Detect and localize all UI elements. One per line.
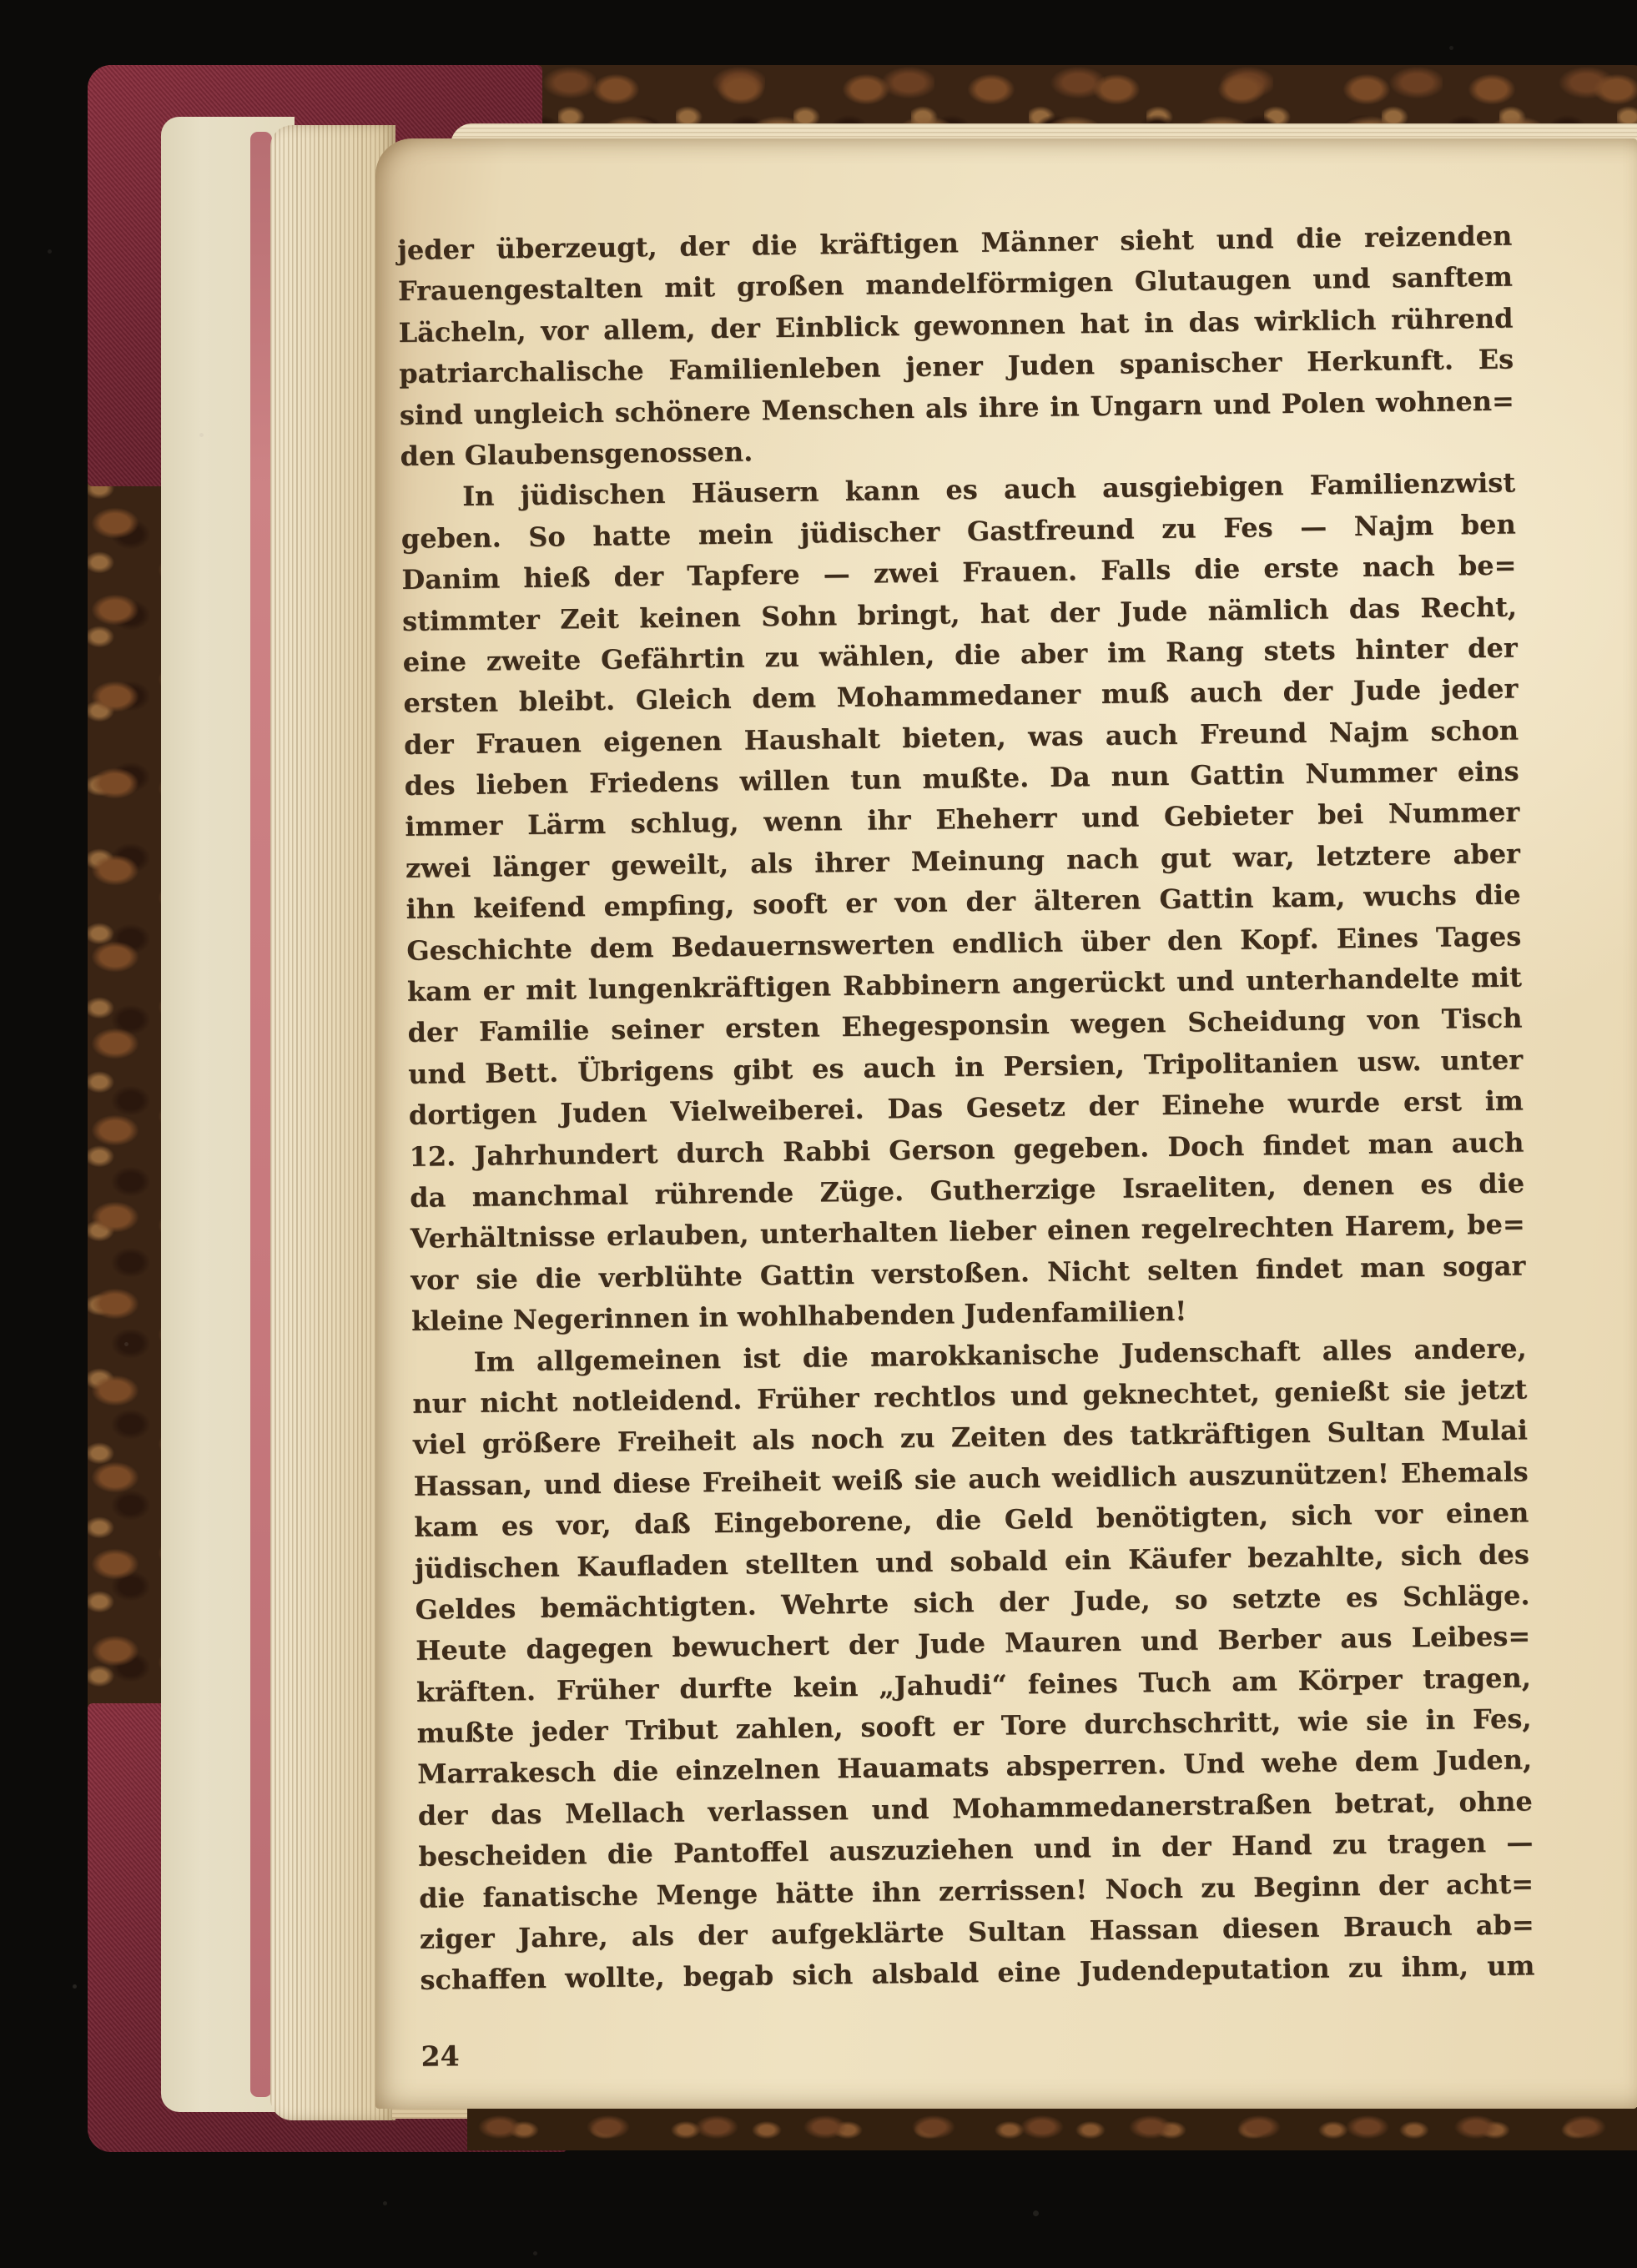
dust-specks [0,0,3,3]
book-cover-bottom-edge [467,2107,1637,2150]
text-block: jeder überzeugt, der die kräftigen Männe… [397,216,1536,2074]
scan-background: jeder überzeugt, der die kräftigen Männe… [0,0,1637,2268]
pink-page-edge [250,132,272,2097]
